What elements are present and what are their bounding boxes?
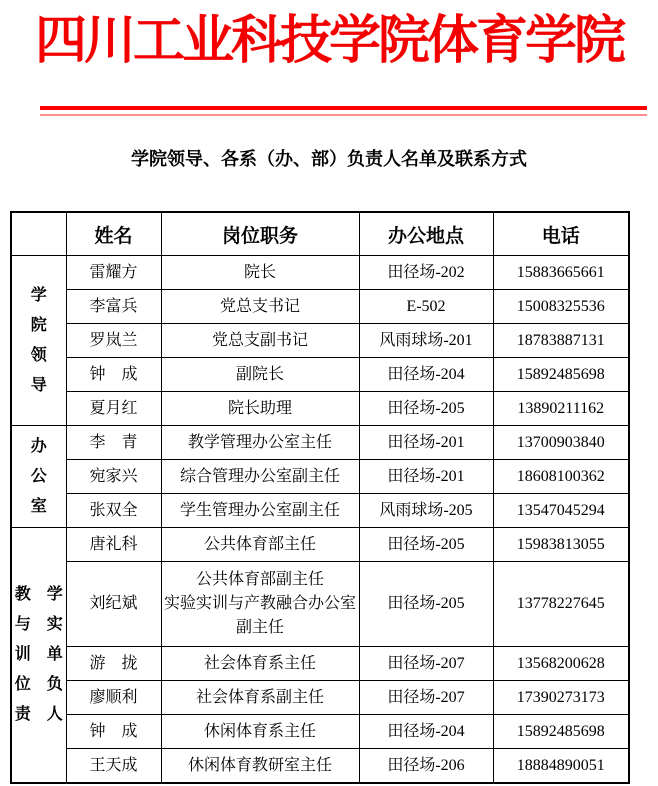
group-label-teaching-training-unit-heads: 教 学 与 实 训 单 位 负 责 人	[11, 528, 66, 784]
phone-cell: 18884890051	[493, 749, 629, 784]
position-cell: 综合管理办公室副主任	[161, 460, 359, 494]
phone-cell: 17390273173	[493, 681, 629, 715]
name-cell: 宛家兴	[66, 460, 161, 494]
position-cell: 院长助理	[161, 392, 359, 426]
name-cell: 唐礼科	[66, 528, 161, 562]
position-cell: 副院长	[161, 358, 359, 392]
table-row: 张双全学生管理办公室副主任风雨球场-20513547045294	[11, 494, 629, 528]
position-cell: 学生管理办公室副主任	[161, 494, 359, 528]
location-cell: 风雨球场-205	[359, 494, 493, 528]
table-body: 学 院 领 导雷耀方院长田径场-20215883665661李富兵党总支书记E-…	[11, 256, 629, 784]
name-cell: 罗岚兰	[66, 324, 161, 358]
phone-cell: 13778227645	[493, 562, 629, 647]
location-cell: 田径场-206	[359, 749, 493, 784]
phone-cell: 15883665661	[493, 256, 629, 290]
name-cell: 张双全	[66, 494, 161, 528]
position-cell: 党总支副书记	[161, 324, 359, 358]
location-cell: 田径场-205	[359, 528, 493, 562]
location-cell: 田径场-207	[359, 681, 493, 715]
name-cell: 游 拢	[66, 647, 161, 681]
location-cell: 田径场-205	[359, 392, 493, 426]
name-cell: 李 青	[66, 426, 161, 460]
phone-cell: 15892485698	[493, 715, 629, 749]
table-row: 学 院 领 导雷耀方院长田径场-20215883665661	[11, 256, 629, 290]
phone-cell: 15892485698	[493, 358, 629, 392]
name-cell: 钟 成	[66, 715, 161, 749]
location-cell: 田径场-201	[359, 460, 493, 494]
group-label-college-leadership: 学 院 领 导	[11, 256, 66, 426]
page-title: 四川工业科技学院体育学院	[0, 6, 658, 78]
name-cell: 王天成	[66, 749, 161, 784]
position-cell: 休闲体育教研室主任	[161, 749, 359, 784]
name-cell: 夏月红	[66, 392, 161, 426]
position-cell: 社会体育系副主任	[161, 681, 359, 715]
table-row: 夏月红院长助理田径场-20513890211162	[11, 392, 629, 426]
table-caption: 学院领导、各系（办、部）负责人名单及联系方式	[0, 148, 658, 170]
table-row: 王天成休闲体育教研室主任田径场-20618884890051	[11, 749, 629, 784]
phone-cell: 13890211162	[493, 392, 629, 426]
location-cell: 田径场-201	[359, 426, 493, 460]
location-cell: 田径场-204	[359, 358, 493, 392]
name-cell: 雷耀方	[66, 256, 161, 290]
position-cell: 公共体育部副主任 实验实训与产教融合办公室副主任	[161, 562, 359, 647]
position-cell: 教学管理办公室主任	[161, 426, 359, 460]
contact-table: 姓名 岗位职务 办公地点 电话 学 院 领 导雷耀方院长田径场-20215883…	[10, 211, 630, 784]
location-cell: 田径场-204	[359, 715, 493, 749]
table-row: 游 拢社会体育系主任田径场-20713568200628	[11, 647, 629, 681]
table-row: 钟 成副院长田径场-20415892485698	[11, 358, 629, 392]
phone-cell: 15008325536	[493, 290, 629, 324]
name-cell: 廖顺利	[66, 681, 161, 715]
table-row: 教 学 与 实 训 单 位 负 责 人唐礼科公共体育部主任田径场-2051598…	[11, 528, 629, 562]
page: 四川工业科技学院体育学院 学院领导、各系（办、部）负责人名单及联系方式 姓名 岗…	[0, 6, 658, 784]
position-cell: 公共体育部主任	[161, 528, 359, 562]
header-position: 岗位职务	[161, 212, 359, 256]
table-row: 宛家兴综合管理办公室副主任田径场-20118608100362	[11, 460, 629, 494]
rule-thick-line	[40, 106, 647, 110]
header-location: 办公地点	[359, 212, 493, 256]
double-red-rule	[40, 106, 647, 116]
table-row: 钟 成休闲体育系主任田径场-20415892485698	[11, 715, 629, 749]
position-cell: 社会体育系主任	[161, 647, 359, 681]
location-cell: 田径场-205	[359, 562, 493, 647]
location-cell: 风雨球场-201	[359, 324, 493, 358]
name-cell: 钟 成	[66, 358, 161, 392]
rule-thin-line	[40, 114, 647, 116]
group-label-office: 办 公 室	[11, 426, 66, 528]
table-row: 罗岚兰党总支副书记风雨球场-20118783887131	[11, 324, 629, 358]
table-row: 办 公 室李 青教学管理办公室主任田径场-20113700903840	[11, 426, 629, 460]
phone-cell: 13547045294	[493, 494, 629, 528]
name-cell: 李富兵	[66, 290, 161, 324]
phone-cell: 13568200628	[493, 647, 629, 681]
phone-cell: 18783887131	[493, 324, 629, 358]
table-row: 刘纪斌公共体育部副主任 实验实训与产教融合办公室副主任田径场-205137782…	[11, 562, 629, 647]
position-cell: 院长	[161, 256, 359, 290]
phone-cell: 18608100362	[493, 460, 629, 494]
phone-cell: 13700903840	[493, 426, 629, 460]
location-cell: E-502	[359, 290, 493, 324]
header-row: 姓名 岗位职务 办公地点 电话	[11, 212, 629, 256]
location-cell: 田径场-202	[359, 256, 493, 290]
name-cell: 刘纪斌	[66, 562, 161, 647]
header-phone: 电话	[493, 212, 629, 256]
table-row: 李富兵党总支书记E-50215008325536	[11, 290, 629, 324]
table-row: 廖顺利社会体育系副主任田径场-20717390273173	[11, 681, 629, 715]
phone-cell: 15983813055	[493, 528, 629, 562]
position-cell: 休闲体育系主任	[161, 715, 359, 749]
location-cell: 田径场-207	[359, 647, 493, 681]
position-cell: 党总支书记	[161, 290, 359, 324]
header-group-blank	[11, 212, 66, 256]
header-name: 姓名	[66, 212, 161, 256]
